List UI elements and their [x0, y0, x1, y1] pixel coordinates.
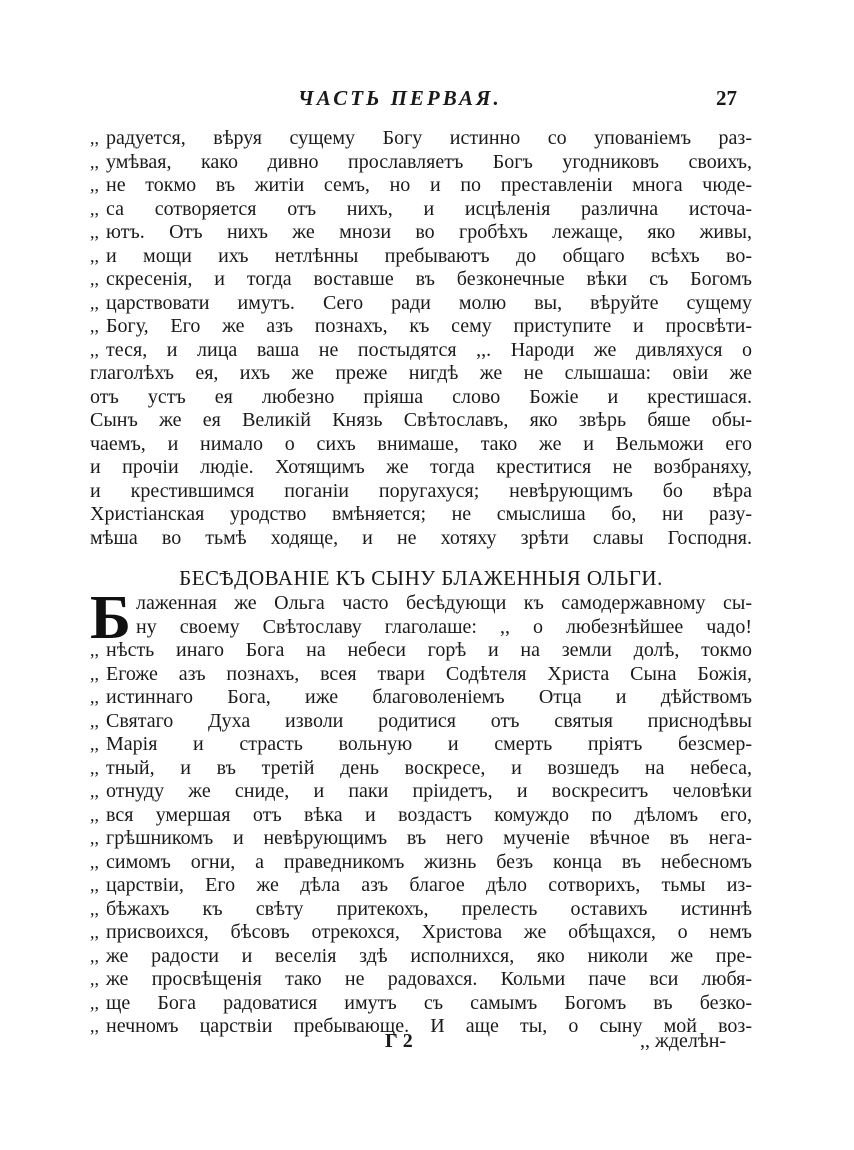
line-text: Сынъ же ея Великій Князь Свѣтославъ, яко… [90, 409, 752, 431]
text-line: ,,радуется, вѣруя сущему Богу истинно со… [90, 127, 752, 151]
line-text: скресенія, и тогда воставше въ безконечн… [106, 268, 752, 290]
line-text: присвоихся, бѣсовъ отрекохся, Христова ж… [106, 921, 752, 943]
text-line: Сынъ же ея Великій Князь Свѣтославъ, яко… [90, 409, 752, 433]
quote-mark: ,, [90, 710, 106, 734]
text-line: ,,Марія и страсть вольную и смерть пріят… [90, 733, 752, 757]
text-line: ,,же радости и веселія здѣ исполнихся, я… [90, 945, 752, 969]
text-line: ,,царствовати имутъ. Сего ради молю вы, … [90, 292, 752, 316]
line-text: и крестившимся поганіи поругахуся; невѣр… [90, 480, 752, 502]
line-text: са сотворяется отъ нихъ, и исцѣленія раз… [106, 198, 752, 220]
text-line: глаголѣхъ ея, ихъ же преже нигдѣ же не с… [90, 362, 752, 386]
line-text: же просвѣщенія тако не радовахся. Кольми… [106, 968, 752, 990]
text-line: ,,царствіи, Его же дѣла азъ благое дѣло … [90, 874, 752, 898]
quote-mark: ,, [90, 851, 106, 875]
line-text: Христіанская уродство вмѣняется; не смыс… [90, 503, 752, 525]
text-line: ,,ютъ. Отъ нихъ же мнози во гробѣхъ лежа… [90, 221, 752, 245]
text-line: ,,умѣвая, како дивно прославляетъ Богъ у… [90, 151, 752, 175]
text-line: ,,присвоихся, бѣсовъ отрекохся, Христова… [90, 921, 752, 945]
text-line: ,,Святаго Духа изволи родитися отъ святы… [90, 710, 752, 734]
quote-mark: ,, [90, 198, 106, 222]
text-line: ,,нѣсть инаго Бога на небеси горѣ и на з… [90, 639, 752, 663]
quote-mark: ,, [90, 874, 106, 898]
text-line: ,,теся, и лица ваша не постыдятся ,,. На… [90, 339, 752, 363]
line-text: же радости и веселія здѣ исполнихся, яко… [106, 945, 752, 967]
text-line: чаемъ, и нимало о сихъ внимаше, тако же … [90, 433, 752, 457]
line-text: царствіи, Его же дѣла азъ благое дѣло со… [106, 874, 752, 896]
running-head: ЧАСТЬ ПЕРВАЯ. [298, 86, 502, 111]
quote-mark: ,, [90, 174, 106, 198]
quote-mark: ,, [90, 1015, 106, 1039]
text-block-2: лаженная же Ольга часто бесѣдующи къ сам… [90, 592, 752, 1039]
text-line: ,,истиннаго Бога, иже благоволеніемъ Отц… [90, 686, 752, 710]
quote-mark: ,, [90, 686, 106, 710]
line-text: бѣжахъ къ свѣту притекохъ, прелесть оста… [106, 898, 752, 920]
line-text: нѣсть инаго Бога на небеси горѣ и на зем… [106, 639, 752, 661]
line-text: ютъ. Отъ нихъ же мнози во гробѣхъ лежаще… [106, 221, 752, 243]
line-text: Егоже азъ познахъ, всея твари Содѣтеля Х… [106, 663, 752, 685]
text-line: ,,бѣжахъ къ свѣту притекохъ, прелесть ос… [90, 898, 752, 922]
quote-mark: ,, [90, 733, 106, 757]
line-text: лаженная же Ольга часто бесѣдующи къ сам… [136, 592, 752, 614]
line-text: радуется, вѣруя сущему Богу истинно со у… [106, 127, 752, 149]
text-line: ,,не токмо въ житіи семъ, но и по преста… [90, 174, 752, 198]
text-line: ,,са сотворяется отъ нихъ, и исцѣленія р… [90, 198, 752, 222]
section-heading: БЕСѢДОВАНІЕ КЪ СЫНУ БЛАЖЕННЫЯ ОЛЬГИ. [90, 566, 752, 591]
quote-mark: ,, [90, 945, 106, 969]
text-line: ,,грѣшникомъ и невѣрующимъ въ него мучен… [90, 827, 752, 851]
text-line: и крестившимся поганіи поругахуся; невѣр… [90, 480, 752, 504]
page-number: 27 [716, 86, 737, 111]
line-text: не токмо въ житіи семъ, но и по преставл… [106, 174, 752, 196]
text-line: ,,скресенія, и тогда воставше въ безконе… [90, 268, 752, 292]
text-line: Христіанская уродство вмѣняется; не смыс… [90, 503, 752, 527]
text-line: ,,же просвѣщенія тако не радовахся. Коль… [90, 968, 752, 992]
line-text: Богу, Его же азъ познахъ, къ сему присту… [106, 315, 752, 337]
line-text: отъ устъ ея любезно пріяша слово Божіе и… [90, 386, 752, 408]
line-text: царствовати имутъ. Сего ради молю вы, вѣ… [106, 292, 752, 314]
line-text: тный, и въ третій день воскресе, и возше… [106, 757, 752, 779]
line-text: истиннаго Бога, иже благоволеніемъ Отца … [106, 686, 752, 708]
quote-mark: ,, [90, 639, 106, 663]
quote-mark: ,, [90, 898, 106, 922]
quote-mark: ,, [90, 221, 106, 245]
quote-mark: ,, [90, 245, 106, 269]
quote-mark: ,, [90, 127, 106, 151]
line-text: чаемъ, и нимало о сихъ внимаше, тако же … [90, 433, 752, 455]
quote-mark: ,, [90, 804, 106, 828]
text-line: ,,Богу, Его же азъ познахъ, къ сему прис… [90, 315, 752, 339]
quote-mark: ,, [90, 968, 106, 992]
line-text: теся, и лица ваша не постыдятся ,,. Наро… [106, 339, 752, 361]
line-text: отнуду же сниде, и паки пріидетъ, и воск… [106, 780, 752, 802]
book-page: ЧАСТЬ ПЕРВАЯ. 27 ,,радуется, вѣруя сущем… [0, 0, 854, 1150]
text-line: ,,симомъ огни, а праведникомъ жизнь безъ… [90, 851, 752, 875]
quote-mark: ,, [90, 268, 106, 292]
text-line: ,,отнуду же сниде, и паки пріидетъ, и во… [90, 780, 752, 804]
text-line: ,,и мощи ихъ нетлѣнны пребываютъ до обща… [90, 245, 752, 269]
line-text: и прочіи людіе. Хотящимъ же тогда крести… [90, 456, 752, 478]
quote-mark: ,, [90, 827, 106, 851]
line-text: вся умершая отъ вѣка и воздастъ комуждо … [106, 804, 752, 826]
text-line: ну своему Свѣтославу глаголаше: ,, о люб… [90, 616, 752, 640]
quote-mark: ,, [90, 757, 106, 781]
line-text: умѣвая, како дивно прославляетъ Богъ уго… [106, 151, 752, 173]
text-line: ,,Егоже азъ познахъ, всея твари Содѣтеля… [90, 663, 752, 687]
line-text: Святаго Духа изволи родитися отъ святыя … [106, 710, 752, 732]
catchword: ,, жделѣн- [640, 1030, 726, 1053]
quote-mark: ,, [90, 992, 106, 1016]
text-line: ,,ще Бога радоватися имутъ съ самымъ Бог… [90, 992, 752, 1016]
text-line: лаженная же Ольга часто бесѣдующи къ сам… [90, 592, 752, 616]
line-text: ну своему Свѣтославу глаголаше: ,, о люб… [136, 616, 752, 638]
quote-mark: ,, [90, 339, 106, 363]
text-block-1: ,,радуется, вѣруя сущему Богу истинно со… [90, 127, 752, 550]
line-text: глаголѣхъ ея, ихъ же преже нигдѣ же не с… [90, 362, 752, 384]
quote-mark: ,, [90, 292, 106, 316]
text-line: ,,тный, и въ третій день воскресе, и воз… [90, 757, 752, 781]
quote-mark: ,, [90, 151, 106, 175]
quote-mark: ,, [90, 921, 106, 945]
line-text: ще Бога радоватися имутъ съ самымъ Богом… [106, 992, 752, 1014]
text-line: мѣша во тьмѣ ходяще, и не хотяху зрѣти с… [90, 527, 752, 551]
quote-mark: ,, [90, 780, 106, 804]
line-text: симомъ огни, а праведникомъ жизнь безъ к… [106, 851, 752, 873]
line-text: и мощи ихъ нетлѣнны пребываютъ до общаго… [106, 245, 752, 267]
signature-mark: Г 2 [385, 1030, 413, 1053]
text-line: отъ устъ ея любезно пріяша слово Божіе и… [90, 386, 752, 410]
quote-mark: ,, [90, 663, 106, 687]
quote-mark: ,, [90, 315, 106, 339]
text-line: и прочіи людіе. Хотящимъ же тогда крести… [90, 456, 752, 480]
line-text: грѣшникомъ и невѣрующимъ въ него мученіе… [106, 827, 752, 849]
line-text: мѣша во тьмѣ ходяще, и не хотяху зрѣти с… [90, 527, 752, 549]
line-text: Марія и страсть вольную и смерть пріятъ … [106, 733, 752, 755]
text-line: ,,вся умершая отъ вѣка и воздастъ комужд… [90, 804, 752, 828]
